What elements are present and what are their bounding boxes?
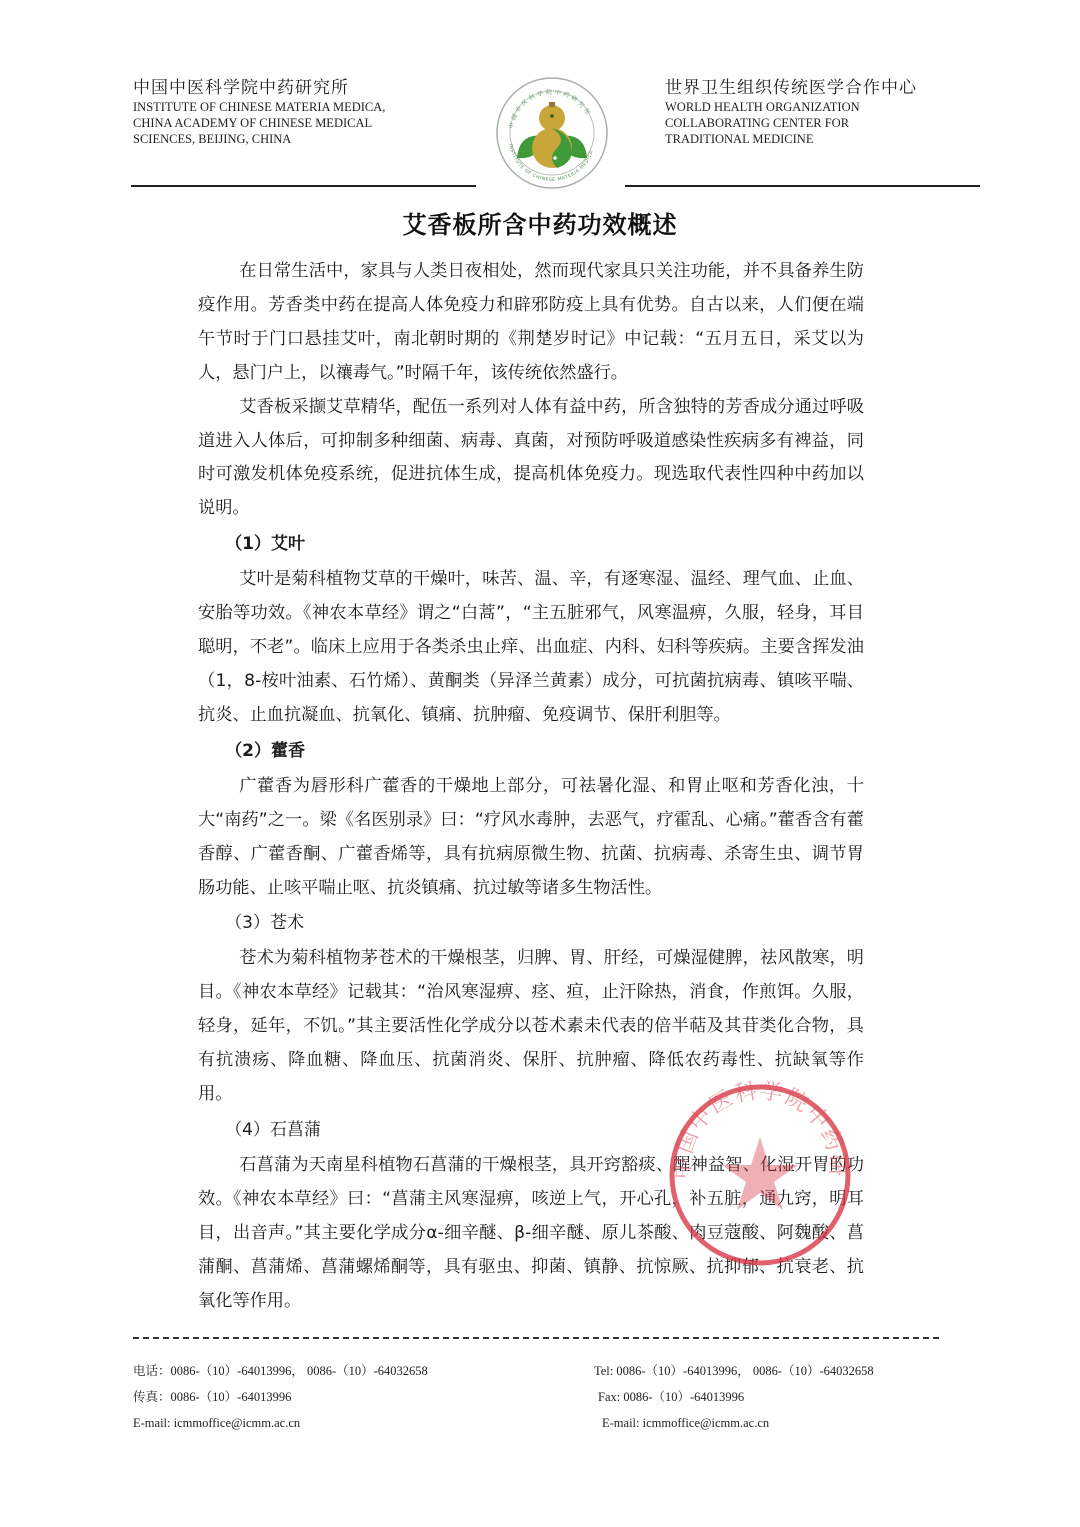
who-center-name-en-line: COLLABORATING CENTER FOR [665,115,985,131]
footer-email: E-mail: icmmoffice@icmm.ac.cn [594,1410,874,1436]
footer-fax: Fax: 0086-（10）-64013996 [594,1384,874,1410]
header-divider-left [131,185,476,187]
institute-name-en-line: CHINA ACADEMY OF CHINESE MEDICAL [133,115,473,131]
section-paragraph: 广藿香为唇形科广藿香的干燥地上部分，可祛暑化湿、和胃止呕和芳香化浊，十大“南药”… [198,770,864,906]
who-center-name-cn: 世界卫生组织传统医学合作中心 [665,77,985,99]
footer-contact-en: Tel: 0086-（10）-64013996， 0086-（10）-64032… [594,1358,874,1436]
footer-dashed-divider [133,1337,939,1339]
header-divider-right [625,185,980,187]
section-heading: （4）石菖蒲 [198,1112,864,1149]
section-paragraph: 苍术为菊科植物茅苍术的干燥根茎，归脾、胃、肝经，可燥湿健脾，祛风散寒，明目。《神… [198,942,864,1112]
institute-name-cn: 中国中医科学院中药研究所 [133,77,473,99]
section-paragraph: 艾叶是菊科植物艾草的干燥叶，味苦、温、辛，有逐寒湿、温经、理气血、止血、安胎等功… [198,563,864,733]
institute-name-en-line: INSTITUTE OF CHINESE MATERIA MEDICA, [133,99,473,115]
footer-email: E-mail: icmmoffice@icmm.ac.cn [133,1410,428,1436]
header-left-institute: 中国中医科学院中药研究所 INSTITUTE OF CHINESE MATERI… [133,77,473,147]
document-title: 艾香板所含中药功效概述 [0,205,1080,240]
section-heading: （1）艾叶 [198,526,864,563]
intro-paragraph: 艾香板采撷艾草精华，配伍一系列对人体有益中药，所含独特的芳香成分通过呼吸道进入人… [198,391,864,527]
institute-name-en-line: SCIENCES, BEIJING, CHINA [133,131,473,147]
section-heading: （3）苍术 [198,905,864,942]
intro-paragraph: 在日常生活中，家具与人类日夜相处，然而现代家具只关注功能，并不具备养生防疫作用。… [198,255,864,391]
footer-tel: Tel: 0086-（10）-64013996， 0086-（10）-64032… [594,1358,874,1384]
who-center-name-en-line: TRADITIONAL MEDICINE [665,131,985,147]
footer-phone: 电话：0086-（10）-64013996， 0086-（10）-6403265… [133,1358,428,1384]
section-paragraph: 石菖蒲为天南星科植物石菖蒲的干燥根茎，具开窍豁痰、醒神益智、化湿开胃的功效。《神… [198,1149,864,1319]
footer-contact-cn: 电话：0086-（10）-64013996， 0086-（10）-6403265… [133,1358,428,1436]
institute-logo-icon: 中国中医科学院中药研究所 INSTITUTE OF CHINESE MATERI… [495,76,609,190]
section-heading: （2）藿香 [198,733,864,770]
footer-fax: 传真：0086-（10）-64013996 [133,1384,428,1410]
who-center-name-en-line: WORLD HEALTH ORGANIZATION [665,99,985,115]
header-right-who-center: 世界卫生组织传统医学合作中心 WORLD HEALTH ORGANIZATION… [665,77,985,147]
document-body: 在日常生活中，家具与人类日夜相处，然而现代家具只关注功能，并不具备养生防疫作用。… [198,255,864,1318]
